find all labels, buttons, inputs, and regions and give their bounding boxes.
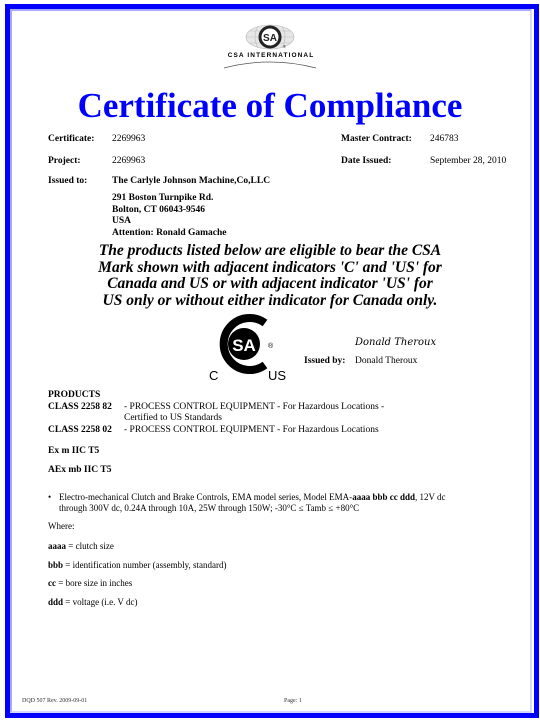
definition-desc: = clutch size xyxy=(66,541,114,551)
issuer-signature: Donald Theroux xyxy=(355,337,436,348)
date-issued-value: September 28, 2010 xyxy=(430,156,506,166)
issued-to-company: The Carlyle Johnson Machine,Co,LLC xyxy=(112,176,270,186)
definition: bbb = identification number (assembly, s… xyxy=(48,560,226,570)
csa-international-logo: SA ® xyxy=(220,18,320,72)
bullet-icon: • xyxy=(48,492,51,502)
csa-mark: SA ® C US xyxy=(208,313,298,383)
class-description: - PROCESS CONTROL EQUIPMENT - For Hazard… xyxy=(124,402,384,424)
description-text: through 300V dc, 0.24A through 10A, 25W … xyxy=(59,503,499,514)
issued-by-label: Issued by: xyxy=(304,356,345,366)
svg-text:®: ® xyxy=(283,44,286,49)
issued-by-name: Donald Theroux xyxy=(355,356,417,366)
issued-to-label: Issued to: xyxy=(48,176,87,186)
org-name: CSA INTERNATIONAL xyxy=(226,52,316,59)
master-contract-label: Master Contract: xyxy=(341,134,412,144)
globe-icon: SA ® xyxy=(220,18,320,72)
issued-to-address: 291 Boston Turnpike Rd. Bolton, CT 06043… xyxy=(112,193,227,239)
definition-term: cc xyxy=(48,578,56,588)
canada-indicator: C xyxy=(209,368,218,383)
page-title: Certificate of Compliance xyxy=(0,86,540,126)
statement-line: Mark shown with adjacent indicators 'C' … xyxy=(60,260,480,277)
statement-line: Canada and US or with adjacent indicator… xyxy=(60,276,480,293)
date-issued-label: Date Issued: xyxy=(341,156,391,166)
statement-line: US only or without either indicator for … xyxy=(60,293,480,310)
class-description: - PROCESS CONTROL EQUIPMENT - For Hazard… xyxy=(124,425,379,435)
statement-line: The products listed below are eligible t… xyxy=(60,243,480,260)
class-desc-line: Certified to US Standards xyxy=(124,413,384,424)
product-description: Electro-mechanical Clutch and Brake Cont… xyxy=(59,492,499,514)
definition: ddd = voltage (i.e. V dc) xyxy=(48,597,138,607)
master-contract-value: 246783 xyxy=(430,134,459,144)
address-line: 291 Boston Turnpike Rd. xyxy=(112,193,227,205)
definition-desc: = voltage (i.e. V dc) xyxy=(63,597,137,607)
definition-term: bbb xyxy=(48,560,63,570)
class-desc-line: - PROCESS CONTROL EQUIPMENT - For Hazard… xyxy=(124,402,384,413)
definition: aaaa = clutch size xyxy=(48,541,114,551)
marking: AEx mb IIC T5 xyxy=(48,465,111,475)
class-code: CLASS 2258 02 xyxy=(48,425,112,435)
definition-desc: = identification number (assembly, stand… xyxy=(63,560,226,570)
description-text: , 12V dc xyxy=(415,492,446,502)
certificate-label: Certificate: xyxy=(48,134,94,144)
definition-desc: = bore size in inches xyxy=(56,578,132,588)
project-value: 2269963 xyxy=(112,156,145,166)
marking: Ex m IIC T5 xyxy=(48,446,99,456)
project-label: Project: xyxy=(48,156,81,166)
form-id: DQD 507 Rev. 2009-09-01 xyxy=(22,698,87,704)
us-indicator: US xyxy=(268,368,286,383)
svg-text:®: ® xyxy=(268,342,274,350)
address-line: Attention: Ronald Gamache xyxy=(112,228,227,240)
description-text: Electro-mechanical Clutch and Brake Cont… xyxy=(59,492,352,502)
where-label: Where: xyxy=(48,521,74,531)
definition-term: ddd xyxy=(48,597,63,607)
svg-text:SA: SA xyxy=(263,33,277,44)
products-heading: PRODUCTS xyxy=(48,390,100,400)
definition-term: aaaa xyxy=(48,541,66,551)
definition: cc = bore size in inches xyxy=(48,578,132,588)
address-line: Bolton, CT 06043-9546 xyxy=(112,205,227,217)
certificate-value: 2269963 xyxy=(112,134,145,144)
class-code: CLASS 2258 82 xyxy=(48,402,112,412)
svg-text:SA: SA xyxy=(232,336,256,355)
eligibility-statement: The products listed below are eligible t… xyxy=(60,243,480,309)
page-number: Page: 1 xyxy=(284,698,302,704)
model-code: aaaa bbb cc ddd xyxy=(352,492,415,502)
address-line: USA xyxy=(112,216,227,228)
